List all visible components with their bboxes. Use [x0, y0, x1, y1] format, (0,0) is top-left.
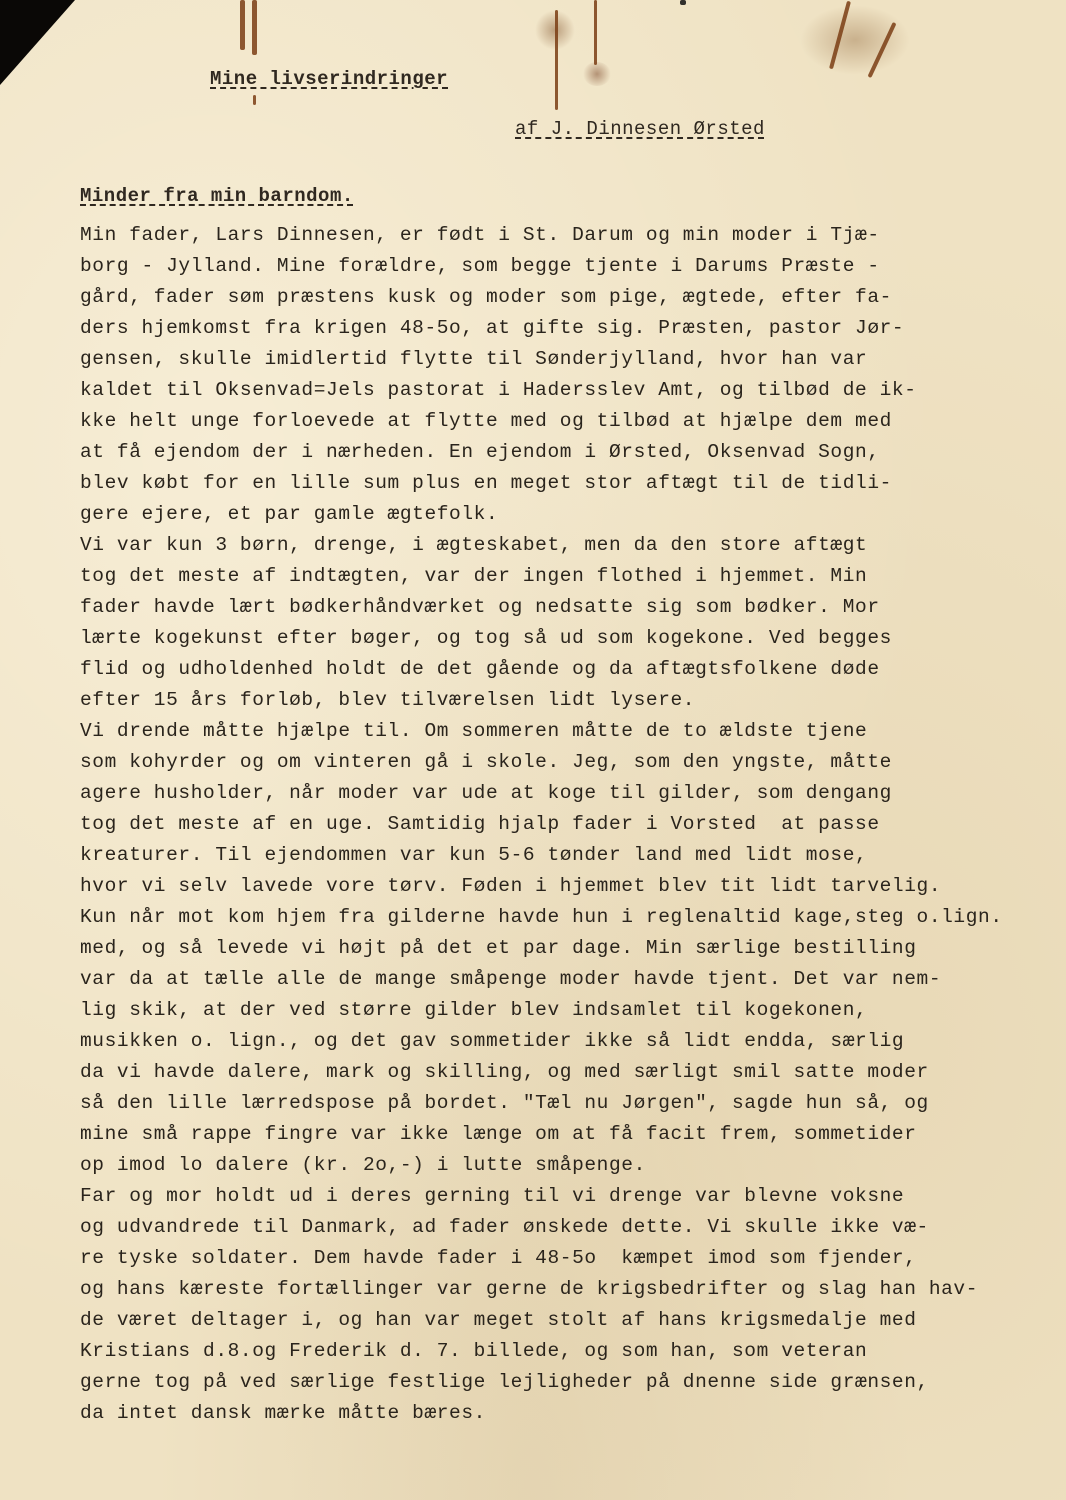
text-line: Kristians d.8.og Frederik d. 7. billede,… [80, 1336, 1066, 1367]
document-title: Mine livserindringer [210, 68, 448, 90]
text-line: lig skik, at der ved større gilder blev … [80, 995, 1066, 1026]
text-line: med, og så levede vi højt på det et par … [80, 933, 1066, 964]
text-line: og hans kæreste fortællinger var gerne d… [80, 1274, 1066, 1305]
text-line: re tyske soldater. Dem havde fader i 48-… [80, 1243, 1066, 1274]
text-line: så den lille lærredspose på bordet. "Tæl… [80, 1088, 1066, 1119]
text-line: mine små rappe fingre var ikke længe om … [80, 1119, 1066, 1150]
text-line: Kun når mot kom hjem fra gilderne havde … [80, 902, 1066, 933]
text-line: gensen, skulle imidlertid flytte til Søn… [80, 344, 1066, 375]
text-line: kke helt unge forloevede at flytte med o… [80, 406, 1066, 437]
document-author: af J. Dinnesen Ørsted [515, 118, 765, 140]
text-line: op imod lo dalere (kr. 2o,-) i lutte små… [80, 1150, 1066, 1181]
text-line: ders hjemkomst fra krigen 48-5o, at gift… [80, 313, 1066, 344]
text-line: gerne tog på ved særlige festlige lejlig… [80, 1367, 1066, 1398]
text-line: at få ejendom der i nærheden. En ejendom… [80, 437, 1066, 468]
document-body: Min fader, Lars Dinnesen, er født i St. … [80, 220, 1066, 1429]
text-line: da vi havde dalere, mark og skilling, og… [80, 1057, 1066, 1088]
text-line: agere husholder, når moder var ude at ko… [80, 778, 1066, 809]
text-line: lærte kogekunst efter bøger, og tog så u… [80, 623, 1066, 654]
text-line: kreaturer. Til ejendommen var kun 5-6 tø… [80, 840, 1066, 871]
text-line: fader havde lært bødkerhåndværket og ned… [80, 592, 1066, 623]
text-line: kaldet til Oksenvad=Jels pastorat i Hade… [80, 375, 1066, 406]
text-line: Far og mor holdt ud i deres gerning til … [80, 1181, 1066, 1212]
text-line: gere ejere, et par gamle ægtefolk. [80, 499, 1066, 530]
text-line: som kohyrder og om vinteren gå i skole. … [80, 747, 1066, 778]
text-line: blev købt for en lille sum plus en meget… [80, 468, 1066, 499]
text-line: gård, fader søm præstens kusk og moder s… [80, 282, 1066, 313]
text-line: tog det meste af indtægten, var der inge… [80, 561, 1066, 592]
text-line: og udvandrede til Danmark, ad fader ønsk… [80, 1212, 1066, 1243]
text-line: Vi drende måtte hjælpe til. Om sommeren … [80, 716, 1066, 747]
scan-corner-shadow [0, 0, 75, 85]
section-heading: Minder fra min barndom. [80, 185, 354, 207]
text-line: hvor vi selv lavede vore tørv. Føden i h… [80, 871, 1066, 902]
text-line: Min fader, Lars Dinnesen, er født i St. … [80, 220, 1066, 251]
text-line: flid og udholdenhed holdt de det gående … [80, 654, 1066, 685]
text-line: borg - Jylland. Mine forældre, som begge… [80, 251, 1066, 282]
text-line: Vi var kun 3 børn, drenge, i ægteskabet,… [80, 530, 1066, 561]
text-line: da intet dansk mærke måtte bæres. [80, 1398, 1066, 1429]
text-line: de været deltager i, og han var meget st… [80, 1305, 1066, 1336]
text-line: efter 15 års forløb, blev tilværelsen li… [80, 685, 1066, 716]
text-line: tog det meste af en uge. Samtidig hjalp … [80, 809, 1066, 840]
text-line: musikken o. lign., og det gav sommetider… [80, 1026, 1066, 1057]
text-line: var da at tælle alle de mange småpenge m… [80, 964, 1066, 995]
